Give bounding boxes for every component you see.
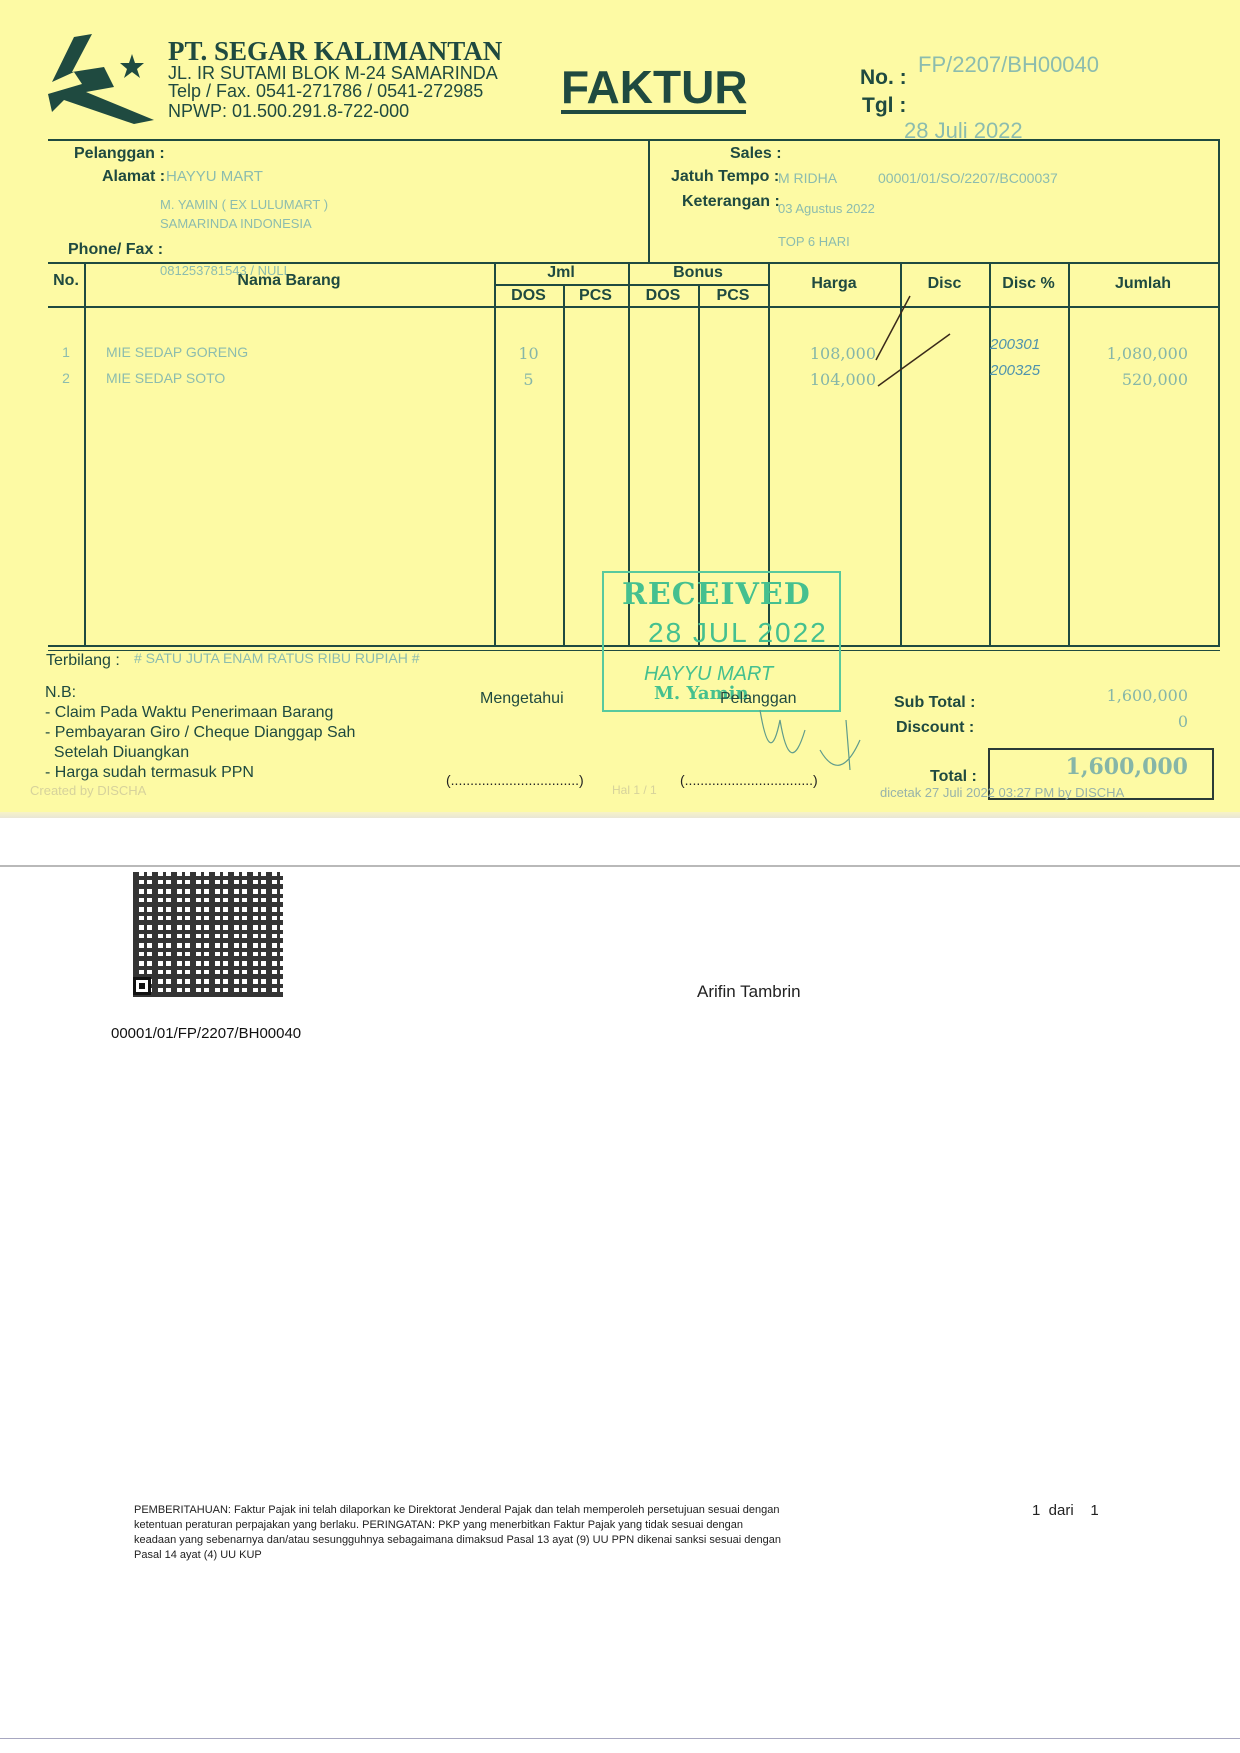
tax-notice: PEMBERITAHUAN: Faktur Pajak ini telah di… bbox=[134, 1503, 784, 1563]
cell-harga: 104,000 bbox=[768, 370, 876, 389]
note-item: Setelah Diuangkan bbox=[45, 744, 189, 762]
customer-address-1: M. YAMIN ( EX LULUMART ) bbox=[160, 197, 328, 212]
table-header-bottom bbox=[48, 306, 1220, 308]
header-disc: Disc bbox=[900, 275, 989, 293]
qr-code-icon bbox=[133, 872, 283, 997]
header-nama-barang: Nama Barang bbox=[84, 272, 494, 290]
company-npwp: NPWP: 01.500.291.8-722-000 bbox=[168, 101, 409, 122]
cell-nama: MIE SEDAP SOTO bbox=[106, 370, 486, 386]
jatuh-tempo-label: Jatuh Tempo : bbox=[671, 168, 779, 186]
header-no: No. bbox=[48, 272, 84, 290]
keterangan-value: TOP 6 HARI bbox=[778, 234, 850, 249]
header-jml-pcs: PCS bbox=[563, 287, 628, 305]
header-jml: Jml bbox=[494, 264, 628, 282]
jatuh-tempo-value: 03 Agustus 2022 bbox=[778, 201, 875, 216]
company-phone: Telp / Fax. 0541-271786 / 0541-272985 bbox=[168, 81, 483, 102]
paper-tear-edge bbox=[0, 812, 1240, 818]
paper-edge-line bbox=[0, 865, 1240, 867]
col-divider bbox=[900, 262, 902, 646]
customer-address-2: SAMARINDA INDONESIA bbox=[160, 216, 312, 231]
invoice-date-label: Tgl : bbox=[862, 94, 906, 118]
total-value: 1,600,000 bbox=[1040, 754, 1188, 780]
subtotal-label: Sub Total : bbox=[894, 694, 975, 712]
table-right-border bbox=[1218, 139, 1220, 647]
subheader-line bbox=[494, 284, 769, 286]
phone-label: Phone/ Fax : bbox=[68, 241, 163, 259]
created-by: Created by DISCHA bbox=[30, 783, 146, 798]
header-jml-dos: DOS bbox=[494, 287, 563, 305]
cell-no: 2 bbox=[48, 370, 84, 386]
document-title: FAKTUR bbox=[561, 60, 748, 114]
terbilang-label: Terbilang : bbox=[46, 652, 120, 670]
cell-nama: MIE SEDAP GORENG bbox=[106, 344, 486, 360]
cell-harga: 108,000 bbox=[768, 344, 876, 363]
discount-value: 0 bbox=[1070, 712, 1188, 731]
note-item: - Harga sudah termasuk PPN bbox=[45, 764, 254, 782]
signer-name: Arifin Tambrin bbox=[697, 982, 801, 1002]
keterangan-label: Keterangan : bbox=[682, 193, 780, 211]
sales-label: Sales : bbox=[730, 145, 782, 163]
title-underline bbox=[561, 110, 746, 114]
note-item: - Claim Pada Waktu Penerimaan Barang bbox=[45, 704, 333, 722]
cell-jumlah: 520,000 bbox=[1068, 370, 1188, 389]
col-divider bbox=[494, 262, 496, 646]
so-number: 00001/01/SO/2207/BC00037 bbox=[878, 170, 1058, 186]
header-bonus-dos: DOS bbox=[628, 287, 698, 305]
invoice-no-value: FP/2207/BH00040 bbox=[918, 52, 1099, 78]
terbilang-value: # SATU JUTA ENAM RATUS RIBU RUPIAH # bbox=[134, 650, 420, 666]
header-harga: Harga bbox=[768, 275, 900, 293]
cell-jml-dos: 10 bbox=[494, 344, 563, 363]
printed-by: dicetak 27 Juli 2022 03:27 PM by DISCHA bbox=[880, 785, 1124, 800]
handwritten-code: 200325 bbox=[990, 362, 1040, 379]
subtotal-value: 1,600,000 bbox=[1070, 686, 1188, 705]
header-jumlah: Jumlah bbox=[1068, 275, 1218, 293]
cell-jml-dos: 5 bbox=[494, 370, 563, 389]
handwritten-code: 200301 bbox=[990, 336, 1040, 353]
pelanggan-label: Pelanggan : bbox=[74, 145, 165, 163]
page-hal: Hal 1 / 1 bbox=[612, 783, 657, 797]
page-indicator: 1 dari 1 bbox=[1032, 1502, 1099, 1519]
header-bonus: Bonus bbox=[628, 264, 768, 282]
total-label: Total : bbox=[930, 768, 977, 786]
pelanggan-sign-label: Pelanggan bbox=[720, 690, 797, 708]
stamp-date: 28 JUL 2022 bbox=[648, 617, 828, 649]
header-divider bbox=[648, 139, 650, 263]
notes-title: N.B: bbox=[45, 684, 76, 702]
sk-star-logo-icon bbox=[44, 32, 164, 127]
mengetahui-signature-line: (.................................) bbox=[446, 772, 584, 788]
alamat-label: Alamat : bbox=[102, 168, 165, 186]
discount-label: Discount : bbox=[896, 719, 974, 737]
header-bonus-pcs: PCS bbox=[698, 287, 768, 305]
col-divider bbox=[84, 262, 86, 646]
bottom-edge-line bbox=[0, 1738, 1240, 1739]
cell-jumlah: 1,080,000 bbox=[1068, 344, 1188, 363]
customer-name: HAYYU MART bbox=[166, 168, 263, 185]
col-divider bbox=[989, 262, 991, 646]
col-divider bbox=[1068, 262, 1070, 646]
mengetahui-label: Mengetahui bbox=[480, 690, 564, 708]
tax-document-number: 00001/01/FP/2207/BH00040 bbox=[111, 1025, 301, 1042]
pelanggan-signature-line: (.................................) bbox=[680, 772, 818, 788]
note-item: - Pembayaran Giro / Cheque Dianggap Sah bbox=[45, 724, 355, 742]
invoice-no-label: No. : bbox=[860, 66, 907, 90]
header-disc-pct: Disc % bbox=[989, 275, 1068, 293]
stamp-received: RECEIVED bbox=[622, 577, 811, 612]
col-divider bbox=[563, 284, 565, 646]
cell-no: 1 bbox=[48, 344, 84, 360]
sales-value: M RIDHA bbox=[778, 170, 837, 186]
qr-finder-pattern bbox=[133, 977, 151, 995]
